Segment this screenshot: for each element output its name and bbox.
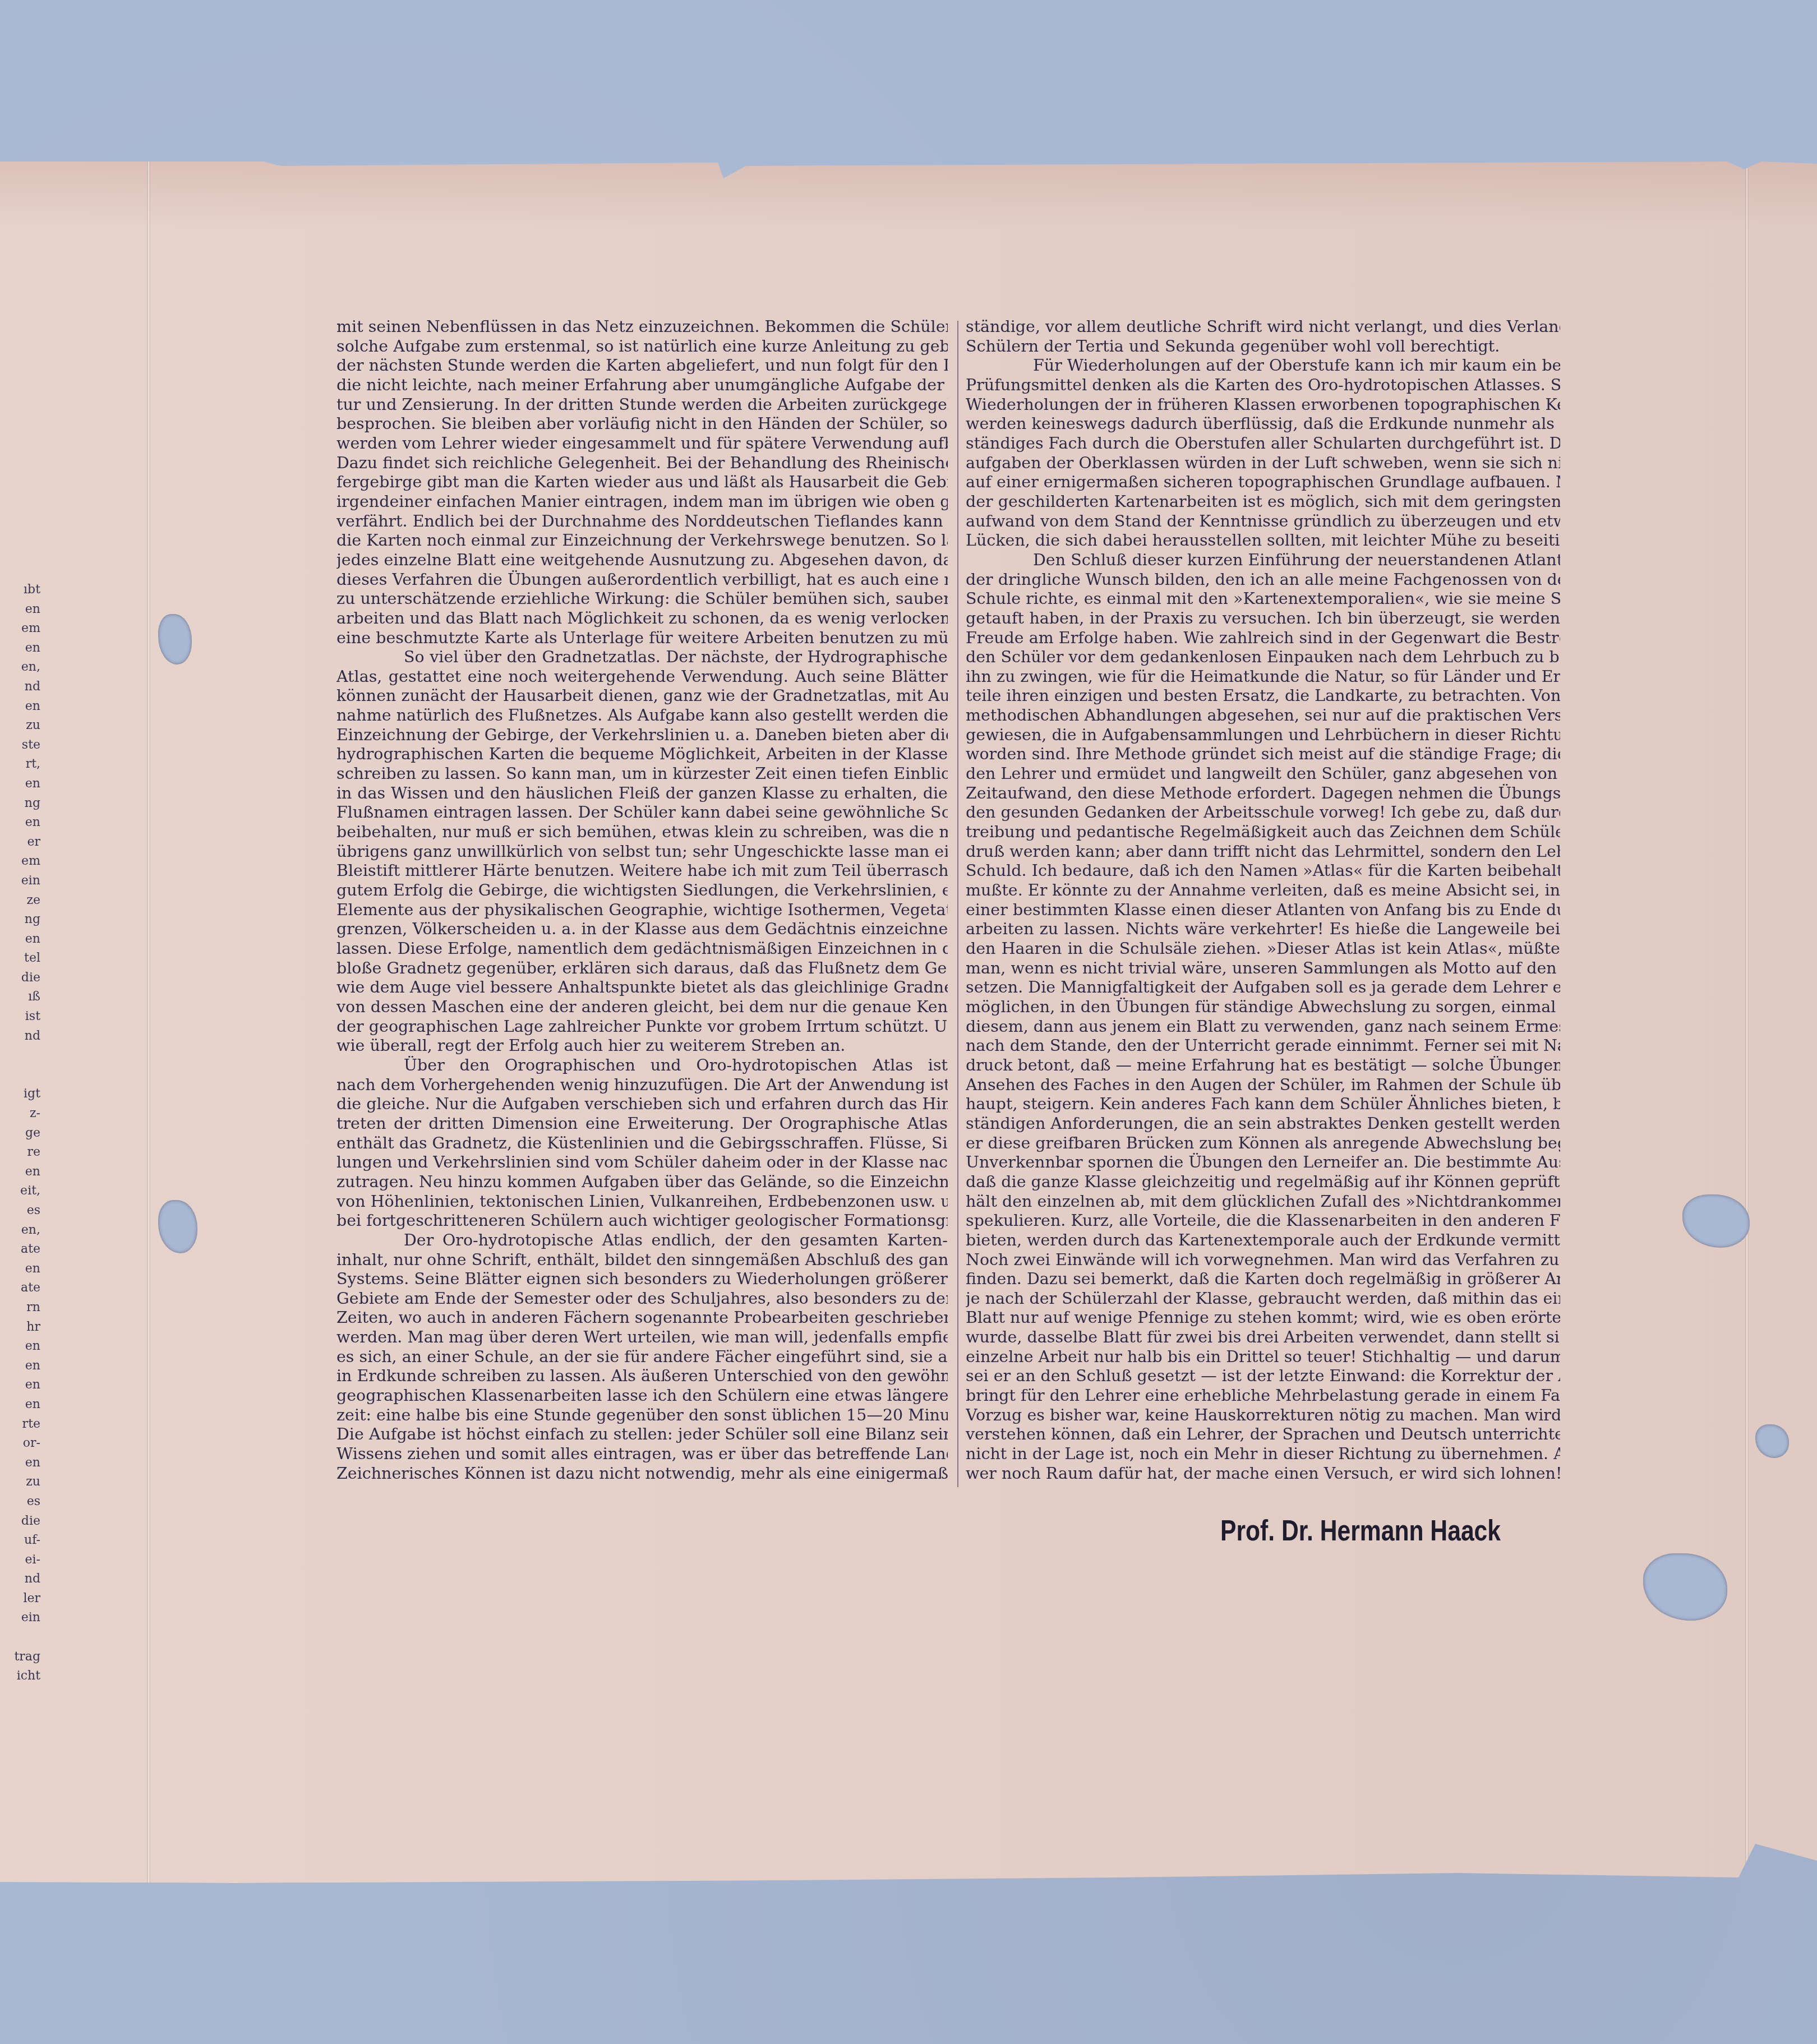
fragment-line: tel (0, 949, 40, 968)
fragment-line: en (0, 639, 40, 658)
fragment-line: er (0, 833, 40, 852)
text-line: die nicht leichte, nach meiner Erfahrung… (336, 376, 948, 395)
text-line: lassen. Diese Erfolge, namentlich dem ge… (336, 939, 948, 959)
text-line: druck betont, daß — meine Erfahrung hat … (966, 1056, 1560, 1076)
text-line: Prüfungsmittel denken als die Karten des… (966, 376, 1560, 395)
text-line: gewiesen, die in Aufgabensammlungen und … (966, 726, 1560, 745)
fragment-line (0, 1065, 40, 1085)
text-line: grenzen, Völkerscheiden u. a. in der Kla… (336, 920, 948, 939)
text-line: sei er an den Schluß gesetzt — ist der l… (966, 1367, 1560, 1386)
text-line: setzen. Die Mannigfaltigkeit der Aufgabe… (966, 978, 1560, 998)
fragment-line: ng (0, 794, 40, 814)
text-line: hält den einzelnen ab, mit dem glücklich… (966, 1192, 1560, 1212)
text-line: schreiben zu lassen. So kann man, um in … (336, 764, 948, 784)
text-line: ständiges Fach durch die Oberstufen alle… (966, 434, 1560, 454)
text-line: enthält das Gradnetz, die Küstenlinien u… (336, 1134, 948, 1154)
text-line: Systems. Seine Blätter eignen sich beson… (336, 1270, 948, 1289)
text-line: Schuld. Ich bedaure, daß ich den Namen »… (966, 861, 1560, 881)
text-line: aufwand von dem Stand der Kenntnisse grü… (966, 512, 1560, 532)
text-line: solche Aufgabe zum erstenmal, so ist nat… (336, 337, 948, 357)
text-line: ständige, vor allem deutliche Schrift wi… (966, 317, 1560, 337)
text-line: mit seinen Nebenflüssen in das Netz einz… (336, 317, 948, 337)
text-line: arbeiten zu lassen. Nichts wäre verkehrt… (966, 920, 1560, 939)
text-line: fergebirge gibt man die Karten wieder au… (336, 473, 948, 492)
text-line: jedes einzelne Blatt eine weitgehende Au… (336, 551, 948, 570)
fragment-line: hr (0, 1318, 40, 1337)
fragment-line: ein (0, 871, 40, 891)
text-line: Freude am Erfolge haben. Wie zahlreich s… (966, 629, 1560, 648)
fragment-line: die (0, 1512, 40, 1531)
text-line: werden keineswegs dadurch überflüssig, d… (966, 414, 1560, 434)
text-line: er diese greifbaren Brücken zum Können a… (966, 1134, 1560, 1154)
text-line: dieses Verfahren die Übungen außerordent… (336, 570, 948, 590)
text-line: hydrographischen Karten die bequeme Mögl… (336, 745, 948, 764)
text-line: ihn zu zwingen, wie für die Heimatkunde … (966, 667, 1560, 687)
previous-page-text-fragments: ıbtenemenen,ndenzustert,enngeneremeinzen… (0, 580, 40, 1686)
text-line: Elemente aus der physikalischen Geograph… (336, 901, 948, 920)
text-line: Ansehen des Faches in den Augen der Schü… (966, 1076, 1560, 1095)
text-line: Bleistift mittlerer Härte benutzen. Weit… (336, 861, 948, 881)
text-line: teile ihren einzigen und besten Ersatz, … (966, 686, 1560, 706)
fragment-line: ıbt (0, 580, 40, 600)
text-line: Dazu findet sich reichliche Gelegenheit.… (336, 454, 948, 473)
article-left-column: mit seinen Nebenflüssen in das Netz einz… (336, 317, 948, 1483)
text-line: Der Oro-hydrotopische Atlas endlich, der… (336, 1231, 948, 1251)
fragment-line: en (0, 697, 40, 717)
fragment-line: en (0, 1395, 40, 1415)
fragment-line: es (0, 1201, 40, 1221)
fragment-line: nd (0, 677, 40, 697)
text-line: zu unterschätzende erziehliche Wirkung: … (336, 589, 948, 609)
fragment-line: em (0, 852, 40, 871)
fragment-line: en (0, 600, 40, 620)
fragment-line: icht (0, 1667, 40, 1686)
fragment-line (0, 1046, 40, 1065)
text-line: wer noch Raum dafür hat, der mache einen… (966, 1464, 1560, 1484)
text-line: einer bestimmten Klasse einen dieser Atl… (966, 901, 1560, 920)
text-line: Wiederholungen der in früheren Klassen e… (966, 395, 1560, 415)
text-line: Zeitaufwand, den diese Methode erfordert… (966, 784, 1560, 804)
left-fold-crease (147, 162, 150, 1883)
text-line: getauft haben, in der Praxis zu versuche… (966, 609, 1560, 629)
fragment-line: rn (0, 1298, 40, 1318)
text-line: von dessen Maschen eine der anderen glei… (336, 998, 948, 1017)
text-line: zeit: eine halbe bis eine Stunde gegenüb… (336, 1406, 948, 1425)
author-signature: Prof. Dr. Hermann Haack (1220, 1514, 1501, 1548)
text-line: methodischen Abhandlungen abgesehen, sei… (966, 706, 1560, 726)
text-line: mußte. Er könnte zu der Annahme verleite… (966, 881, 1560, 901)
text-line: einzelne Arbeit nur halb bis ein Drittel… (966, 1348, 1560, 1367)
fragment-line: igt (0, 1085, 40, 1104)
fragment-line: rte (0, 1415, 40, 1434)
text-line: Vorzug es bisher war, keine Hauskorrektu… (966, 1406, 1560, 1425)
text-line: den gesunden Gedanken der Arbeitsschule … (966, 803, 1560, 823)
text-line: Flußnamen eintragen lassen. Der Schüler … (336, 803, 948, 823)
text-line: bringt für den Lehrer eine erhebliche Me… (966, 1386, 1560, 1406)
text-line: bieten, werden durch das Kartenextempora… (966, 1231, 1560, 1251)
fragment-line: eit, (0, 1182, 40, 1201)
fragment-line: en, (0, 658, 40, 677)
text-line: gutem Erfolg die Gebirge, die wichtigste… (336, 881, 948, 901)
text-line: Schule richte, es einmal mit den »Karten… (966, 589, 1560, 609)
text-line: treibung und pedantische Regelmäßigkeit … (966, 823, 1560, 842)
right-fold-crease (1745, 162, 1749, 1883)
text-line: verfährt. Endlich bei der Durchnahme des… (336, 512, 948, 532)
fragment-line: ler (0, 1589, 40, 1609)
text-line: beibehalten, nur muß er sich bemühen, et… (336, 823, 948, 842)
text-line: haupt, steigern. Kein anderes Fach kann … (966, 1095, 1560, 1114)
fragment-line: ste (0, 736, 40, 755)
text-line: die gleiche. Nur die Aufgaben verschiebe… (336, 1095, 948, 1114)
text-line: nahme natürlich des Flußnetzes. Als Aufg… (336, 706, 948, 726)
text-line: wie überall, regt der Erfolg auch hier z… (336, 1036, 948, 1056)
fragment-line: en (0, 1337, 40, 1356)
text-line: Blatt nur auf wenige Pfennige zu stehen … (966, 1308, 1560, 1328)
text-line: wurde, dasselbe Blatt für zwei bis drei … (966, 1328, 1560, 1348)
text-line: nach dem Vorhergehenden wenig hinzuzufüg… (336, 1076, 948, 1095)
fragment-line: en (0, 1356, 40, 1376)
fragment-line: ist (0, 1007, 40, 1027)
text-line: Über den Orographischen und Oro-hydrotop… (336, 1056, 948, 1076)
text-line: werden. Man mag über deren Wert urteilen… (336, 1328, 948, 1348)
text-line: nicht in der Lage ist, noch ein Mehr in … (966, 1445, 1560, 1464)
text-line: der nächsten Stunde werden die Karten ab… (336, 356, 948, 376)
text-line: zutragen. Neu hinzu kommen Aufgaben über… (336, 1173, 948, 1192)
text-line: inhalt, nur ohne Schrift, enthält, bilde… (336, 1251, 948, 1270)
text-line: Noch zwei Einwände will ich vorwegnehmen… (966, 1251, 1560, 1270)
fragment-line: nd (0, 1570, 40, 1589)
fragment-line: ge (0, 1124, 40, 1143)
fragment-line: re (0, 1143, 40, 1162)
fragment-line: or- (0, 1434, 40, 1454)
fragment-line: rt, (0, 755, 40, 774)
text-line: spekulieren. Kurz, alle Vorteile, die di… (966, 1211, 1560, 1231)
fragment-line (0, 1628, 40, 1648)
fragment-line: en (0, 1162, 40, 1182)
text-line: irgendeiner einfachen Manier eintragen, … (336, 492, 948, 512)
fragment-line: die (0, 968, 40, 988)
fragment-line: z- (0, 1104, 40, 1124)
article-right-column: ständige, vor allem deutliche Schrift wi… (966, 317, 1560, 1483)
text-line: worden sind. Ihre Methode gründet sich m… (966, 745, 1560, 764)
text-line: werden vom Lehrer wieder eingesammelt un… (336, 434, 948, 454)
fragment-line: en (0, 1376, 40, 1395)
fragment-line: ate (0, 1240, 40, 1259)
fragment-line: en (0, 1259, 40, 1279)
text-line: So viel über den Gradnetzatlas. Der näch… (336, 648, 948, 667)
text-line: Zeichnerisches Können ist dazu nicht not… (336, 1464, 948, 1484)
fragment-line: en (0, 774, 40, 794)
text-line: finden. Dazu sei bemerkt, daß die Karten… (966, 1270, 1560, 1289)
text-line: Zeiten, wo auch in anderen Fächern sogen… (336, 1308, 948, 1328)
text-line: bloße Gradnetz gegenüber, erklären sich … (336, 959, 948, 979)
text-line: Die Aufgabe ist höchst einfach zu stelle… (336, 1425, 948, 1445)
text-line: der geographischen Lage zahlreicher Punk… (336, 1017, 948, 1037)
text-line: Gebiete am Ende der Semester oder des Sc… (336, 1289, 948, 1309)
text-line: in das Wissen und den häuslichen Fleiß d… (336, 784, 948, 804)
text-line: können zunächt der Hausarbeit dienen, ga… (336, 686, 948, 706)
text-line: der geschilderten Kartenarbeiten ist es … (966, 492, 1560, 512)
text-line: Einzeichnung der Gebirge, der Verkehrsli… (336, 726, 948, 745)
fragment-line: em (0, 619, 40, 639)
text-line: Wissens ziehen und somit alles eintragen… (336, 1445, 948, 1464)
text-line: tur und Zensierung. In der dritten Stund… (336, 395, 948, 415)
text-line: besprochen. Sie bleiben aber vorläufig n… (336, 414, 948, 434)
text-line: wie dem Auge viel bessere Anhaltspunkte … (336, 978, 948, 998)
fragment-line: uf- (0, 1531, 40, 1551)
fragment-line: en, (0, 1221, 40, 1240)
fragment-line: en (0, 1454, 40, 1473)
fragment-line: nd (0, 1027, 40, 1046)
text-line: auf einer ernigermaßen sicheren topograp… (966, 473, 1560, 492)
text-line: Für Wiederholungen auf der Oberstufe kan… (966, 356, 1560, 376)
text-line: den Lehrer und ermüdet und langweilt den… (966, 764, 1560, 784)
text-line: Den Schluß dieser kurzen Einführung der … (966, 551, 1560, 570)
text-line: Atlas, gestattet eine noch weitergehende… (336, 667, 948, 687)
fragment-line: en (0, 813, 40, 833)
text-line: übrigens ganz unwillkürlich von selbst t… (336, 842, 948, 862)
fragment-line: trag (0, 1648, 40, 1667)
fragment-line: ei- (0, 1551, 40, 1570)
text-line: den Schüler vor dem gedankenlosen Einpau… (966, 648, 1560, 667)
fragment-line: zu (0, 1473, 40, 1492)
column-divider (957, 321, 958, 1487)
text-line: von Höhenlinien, tektonischen Linien, Vu… (336, 1192, 948, 1212)
text-line: diesem, dann aus jenem ein Blatt zu verw… (966, 1017, 1560, 1037)
fragment-line: ıß (0, 988, 40, 1007)
text-line: möglichen, in den Übungen für ständige A… (966, 998, 1560, 1017)
text-line: druß werden kann; aber dann trifft nicht… (966, 842, 1560, 862)
text-line: eine beschmutzte Karte als Unterlage für… (336, 629, 948, 648)
text-line: der dringliche Wunsch bilden, den ich an… (966, 570, 1560, 590)
text-line: Unverkennbar spornen die Übungen den Ler… (966, 1153, 1560, 1173)
text-line: lungen und Verkehrslinien sind vom Schül… (336, 1153, 948, 1173)
text-line: man, wenn es nicht trivial wäre, unseren… (966, 959, 1560, 979)
text-line: treten der dritten Dimension eine Erweit… (336, 1114, 948, 1134)
text-line: in Erdkunde schreiben zu lassen. Als äuß… (336, 1367, 948, 1386)
text-line: daß die ganze Klasse gleichzeitig und re… (966, 1173, 1560, 1192)
text-line: es sich, an einer Schule, an der sie für… (336, 1348, 948, 1367)
fragment-line: en (0, 930, 40, 949)
fragment-line: es (0, 1492, 40, 1512)
fragment-line: zu (0, 716, 40, 736)
text-line: ständigen Anforderungen, die an sein abs… (966, 1114, 1560, 1134)
text-line: Lücken, die sich dabei herausstellen sol… (966, 531, 1560, 551)
fragment-line: ein (0, 1608, 40, 1628)
text-line: die Karten noch einmal zur Einzeichnung … (336, 531, 948, 551)
text-line: verstehen können, daß ein Lehrer, der Sp… (966, 1425, 1560, 1445)
fragment-line: ng (0, 910, 40, 930)
text-line: den Haaren in die Schulsäle ziehen. »Die… (966, 939, 1560, 959)
text-line: aufgaben der Oberklassen würden in der L… (966, 454, 1560, 473)
text-line: nach dem Stande, den der Unterricht gera… (966, 1036, 1560, 1056)
text-line: geographischen Klassenarbeiten lasse ich… (336, 1386, 948, 1406)
fragment-line: ze (0, 891, 40, 911)
text-line: bei fortgeschritteneren Schülern auch wi… (336, 1211, 948, 1231)
text-line: je nach der Schülerzahl der Klasse, gebr… (966, 1289, 1560, 1309)
fragment-line: ate (0, 1279, 40, 1298)
text-line: arbeiten und das Blatt nach Möglichkeit … (336, 609, 948, 629)
text-line: Schülern der Tertia und Sekunda gegenübe… (966, 337, 1560, 357)
